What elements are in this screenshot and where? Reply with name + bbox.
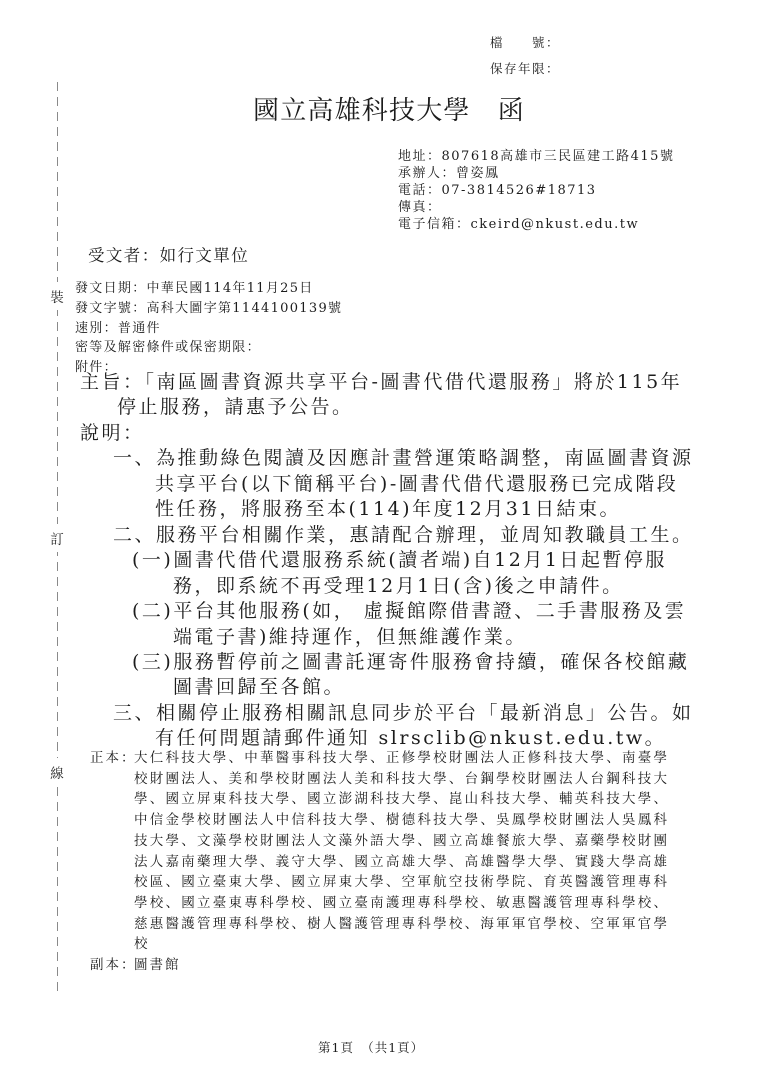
original-copies-list: 大仁科技大學、中華醫事科技大學、正修學校財團法人正修科技大學、南臺學校財團法人、… (134, 748, 669, 955)
cc-copies-label: 副本： (90, 955, 134, 976)
cc-copies-list: 圖書館 (134, 955, 669, 976)
speed-class: 速別：普通件 (75, 319, 342, 339)
binding-mark-zhuang: 裝 (50, 282, 64, 310)
body-line: 圖書回歸至各館。 (173, 675, 740, 700)
issue-number: 發文字號：高科大圖字第1144100139號 (75, 299, 342, 319)
sender-address: 地址：807618高雄市三民區建工路415號 (398, 148, 674, 165)
page-indicator: 第1頁 （共1頁） (318, 1038, 424, 1056)
file-number-block: 檔 號： 保存年限： (490, 30, 560, 82)
body-line: 務，即系統不再受理12月1日(含)後之申請件。 (173, 574, 740, 599)
sender-fax: 傳真： (398, 199, 674, 216)
body-line: 端電子書)維持運作，但無維護作業。 (173, 625, 740, 650)
binding-mark-xian: 線 (50, 758, 64, 786)
body-line: 停止服務，請惠予公告。 (117, 395, 740, 420)
body-line: 共享平台(以下簡稱平台)-圖書代借代還服務已完成階段 (155, 472, 740, 497)
official-letter-page: 裝 訂 線 檔 號： 保存年限： 國立高雄科技大學 函 地址：807618高雄市… (0, 0, 768, 1087)
document-meta-block: 發文日期：中華民國114年11月25日 發文字號：高科大圖字第114410013… (75, 279, 342, 378)
body-line: 說明： (80, 421, 740, 446)
copies-block: 正本： 大仁科技大學、中華醫事科技大學、正修學校財團法人正修科技大學、南臺學校財… (90, 748, 669, 976)
letter-body: 主旨：「南區圖書資源共享平台-圖書代借代還服務」將於115年停止服務，請惠予公告… (80, 370, 740, 752)
original-copies-label: 正本： (90, 748, 134, 769)
body-line: 一、為推動綠色閱讀及因應計畫營運策略調整，南區圖書資源 (113, 446, 740, 471)
body-line: 二、服務平台相關作業，惠請配合辦理，並周知教職員工生。 (113, 523, 740, 548)
sender-email: 電子信箱：ckeird@nkust.edu.tw (398, 216, 674, 233)
cc-copies-row: 副本： 圖書館 (90, 955, 669, 976)
body-line: (二)平台其他服務(如， 虛擬館際借書證、二手書服務及雲 (132, 599, 740, 624)
body-line: (三)服務暫停前之圖書託運寄件服務會持續，確保各校館藏 (132, 650, 740, 675)
body-line: (一)圖書代借代還服務系統(讀者端)自12月1日起暫停服 (132, 548, 740, 573)
body-line: 性任務，將服務至本(114)年度12月31日結束。 (155, 497, 740, 522)
issue-date: 發文日期：中華民國114年11月25日 (75, 279, 342, 299)
sender-contact-block: 地址：807618高雄市三民區建工路415號 承辦人：曾姿鳳 電話：07-381… (398, 148, 674, 233)
sender-phone: 電話：07-3814526#18713 (398, 182, 674, 199)
body-line: 三、相關停止服務相關訊息同步於平台「最新消息」公告。如 (113, 701, 740, 726)
retention-period-label: 保存年限： (490, 56, 560, 82)
security-class: 密等及解密條件或保密期限： (75, 338, 342, 358)
document-title: 國立高雄科技大學 函 (253, 90, 525, 127)
sender-contact-person: 承辦人：曾姿鳳 (398, 165, 674, 182)
binding-mark-ding: 訂 (50, 524, 64, 552)
file-number-label: 檔 號： (490, 30, 560, 56)
recipient-line: 受文者：如行文單位 (88, 242, 249, 266)
original-copies-row: 正本： 大仁科技大學、中華醫事科技大學、正修學校財團法人正修科技大學、南臺學校財… (90, 748, 669, 955)
body-line: 主旨：「南區圖書資源共享平台-圖書代借代還服務」將於115年 (80, 370, 740, 395)
